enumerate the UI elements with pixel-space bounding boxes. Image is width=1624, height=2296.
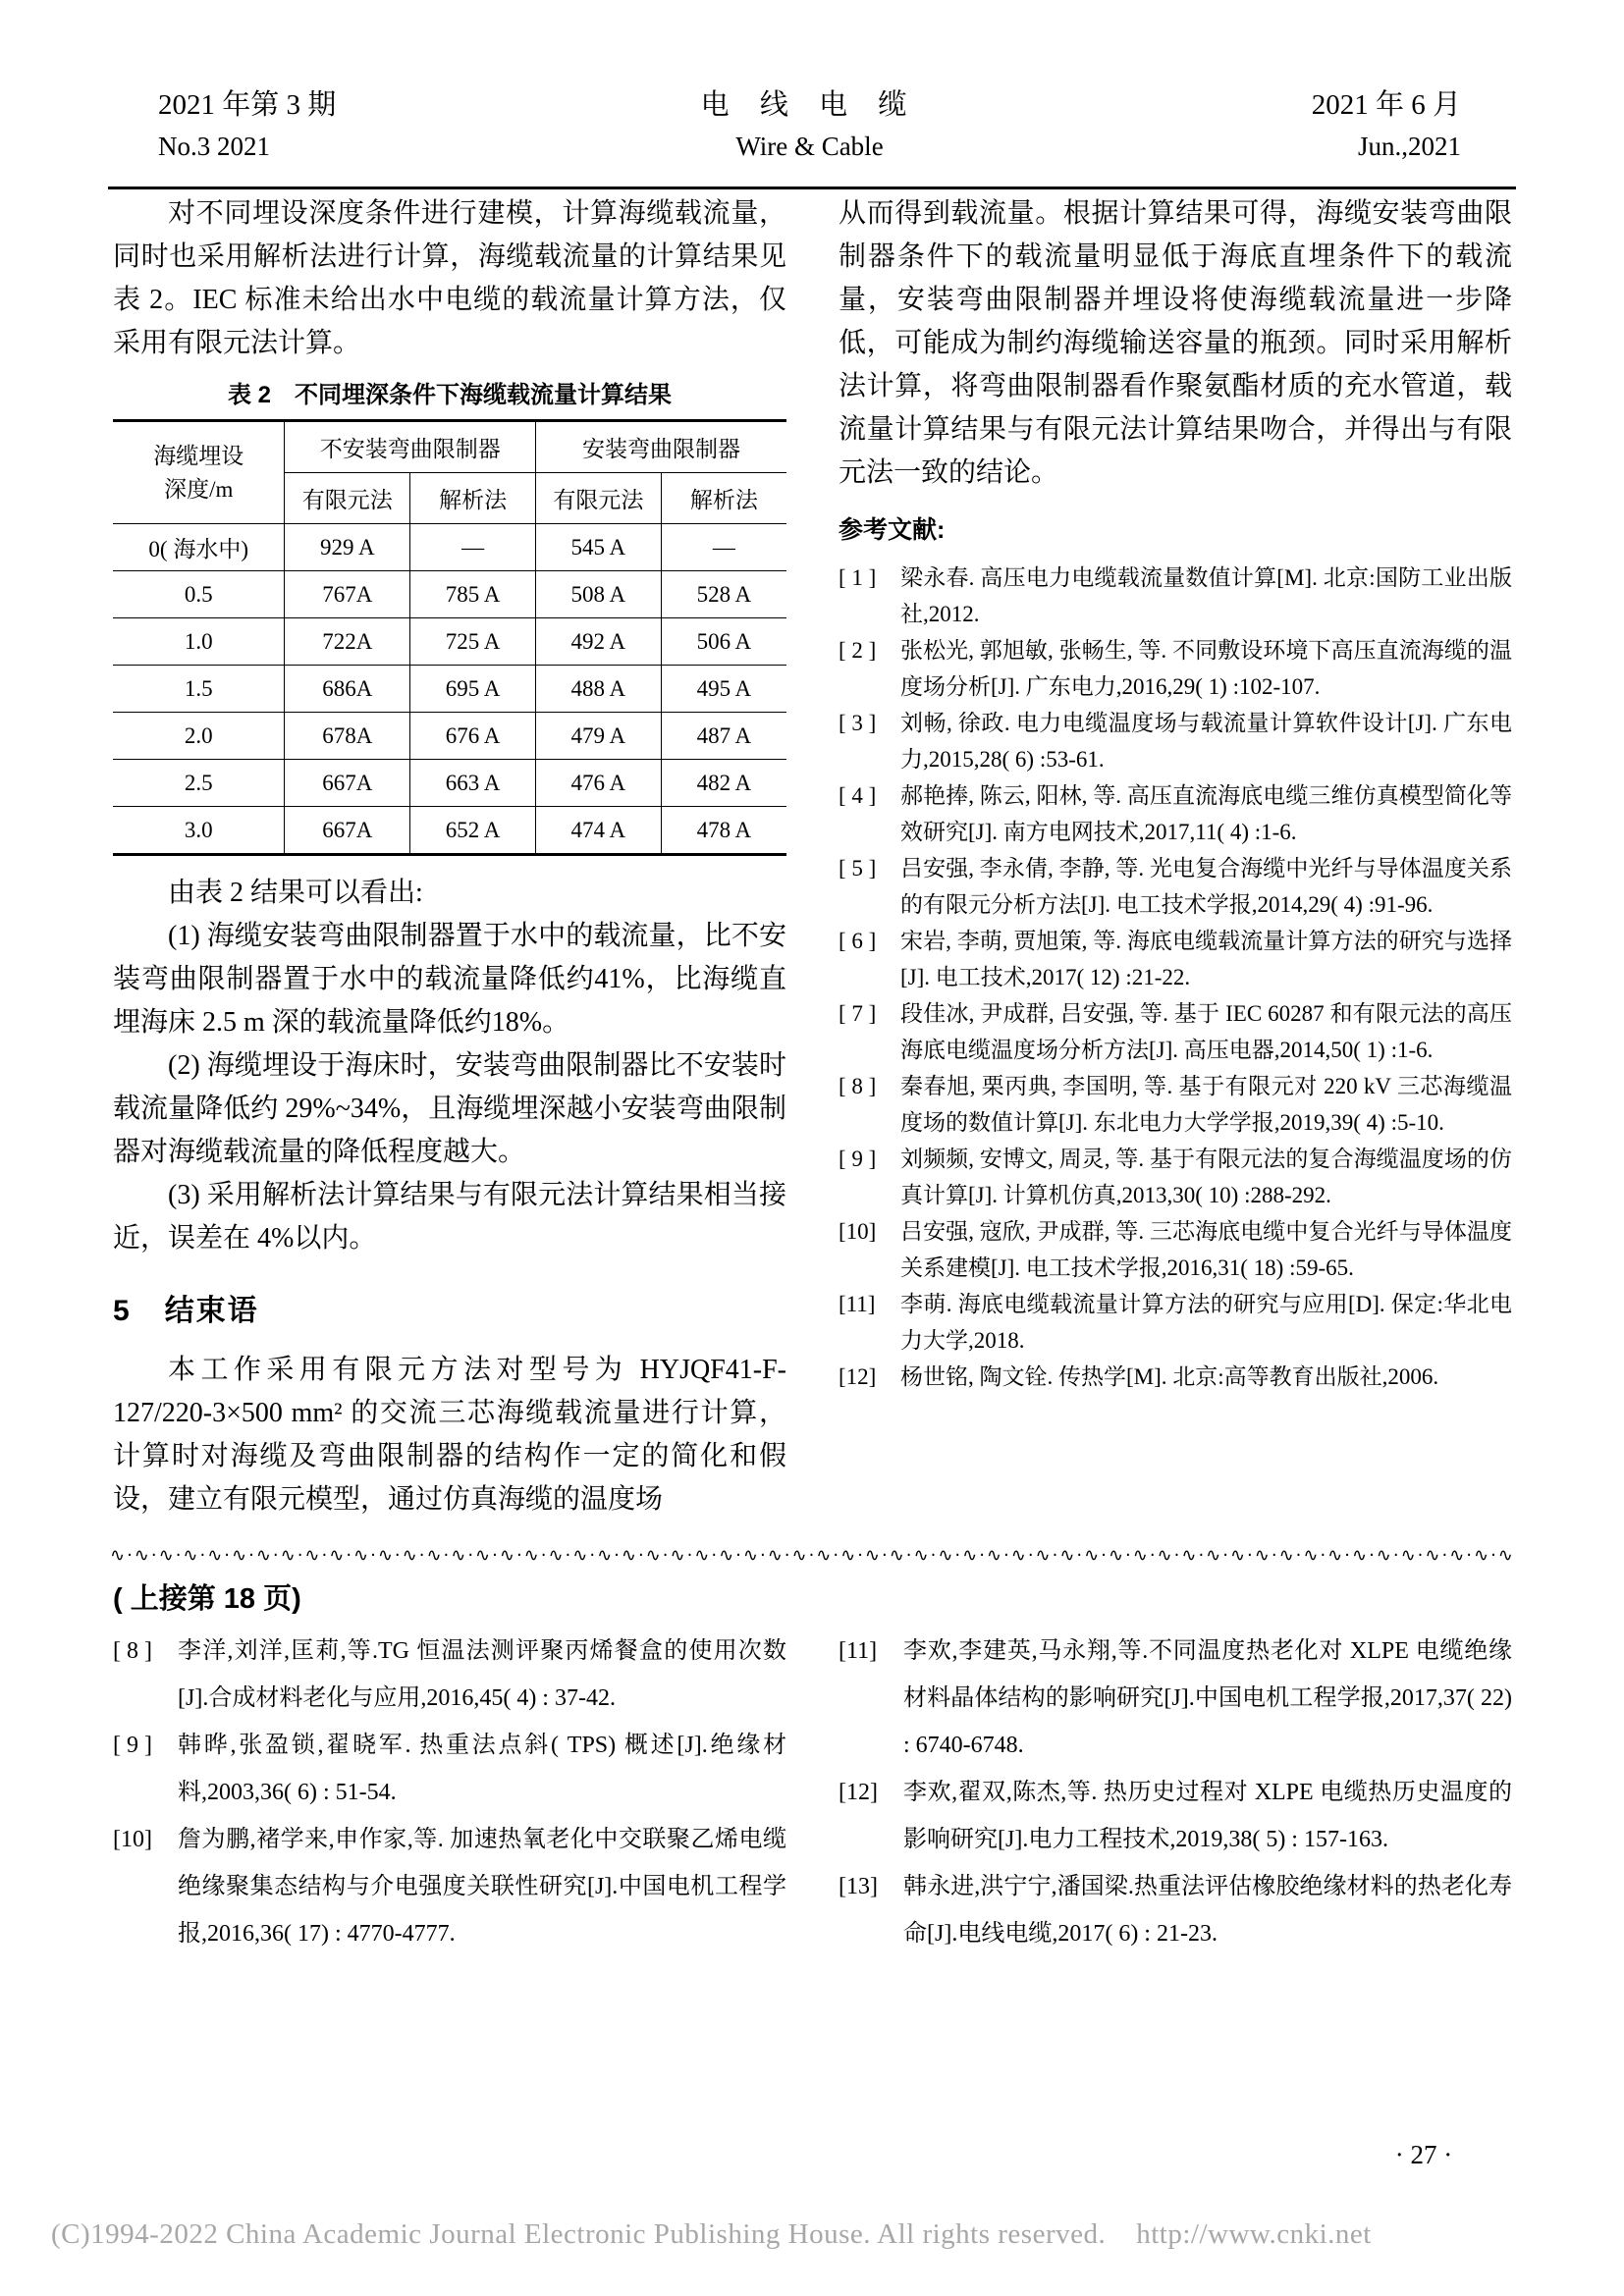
reference-text: 詹为鹏,褚学来,申作家,等. 加速热氧老化中交联聚乙烯电缆绝缘聚集态结构与介电强… (178, 1816, 786, 1957)
reference-item: [ 9 ]韩晔,张盈锁,翟晓军. 热重法点斜( TPS) 概述[J].绝缘材料,… (113, 1722, 786, 1816)
table-header-no-limiter: 不安装弯曲限制器 (285, 421, 536, 473)
reference-label: [ 6 ] (839, 923, 900, 995)
reference-label: [ 9 ] (113, 1722, 178, 1816)
table-cell: 695 A (410, 666, 536, 713)
table-cell: 3.0 (113, 807, 285, 855)
journal-title-en: Wire & Cable (592, 132, 1026, 162)
reference-label: [13] (839, 1863, 903, 1957)
section-title: 结束语 (165, 1295, 259, 1327)
reference-label: [12] (839, 1769, 903, 1863)
reference-label: [ 5 ] (839, 850, 900, 923)
issue-label-en: No.3 2021 (113, 132, 592, 162)
table-header-depth: 海缆埋设 深度/m (113, 421, 285, 524)
table-cell: — (410, 524, 536, 571)
reference-text: 梁永春. 高压电力电缆载流量数值计算[M]. 北京:国防工业出版社,2012. (900, 560, 1512, 632)
table-cell: 508 A (535, 571, 661, 618)
reference-label: [10] (839, 1213, 900, 1286)
reference-item: [13]韩永进,洪宁宁,潘国梁.热重法评估橡胶绝缘材料的热老化寿命[J].电线电… (839, 1863, 1512, 1957)
table-cell: 478 A (661, 807, 786, 855)
reference-text: 郝艳捧, 陈云, 阳林, 等. 高压直流海底电缆三维仿真模型简化等效研究[J].… (900, 777, 1512, 850)
table-cell: 725 A (410, 618, 536, 666)
table-cell: 482 A (661, 760, 786, 807)
table-cell: 0.5 (113, 571, 285, 618)
table-cell: 652 A (410, 807, 536, 855)
reference-label: [ 7 ] (839, 995, 900, 1068)
reference-item: [10]詹为鹏,褚学来,申作家,等. 加速热氧老化中交联聚乙烯电缆绝缘聚集态结构… (113, 1816, 786, 1957)
copyright-footer: (C)1994-2022 China Academic Journal Elec… (51, 2218, 1372, 2251)
reference-label: [ 8 ] (839, 1068, 900, 1141)
reference-label: [10] (113, 1816, 178, 1957)
reference-list: [11]李欢,李建英,马永翔,等.不同温度热老化对 XLPE 电缆绝缘材料晶体结… (839, 1628, 1512, 1957)
table-row: 3.0667A652 A474 A478 A (113, 807, 786, 855)
reference-text: 张松光, 郭旭敏, 张畅生, 等. 不同敷设环境下高压直流海缆的温度场分析[J]… (900, 632, 1512, 705)
page-header-cn: 2021 年第 3 期 电 线 电 缆 2021 年 6 月 (113, 82, 1512, 123)
table-cell: 667A (285, 760, 410, 807)
section-heading: 5结束语 (113, 1286, 786, 1329)
reference-text: 杨世铭, 陶文铨. 传热学[M]. 北京:高等教育出版社,2006. (900, 1359, 1512, 1395)
table-cell: 686A (285, 666, 410, 713)
table-cell: 1.5 (113, 666, 285, 713)
table-cell: 479 A (535, 713, 661, 760)
reference-text: 李洋,刘洋,匡莉,等.TG 恒温法测评聚丙烯餐盒的使用次数[J].合成材料老化与… (178, 1628, 786, 1722)
table-cell: 0( 海水中) (113, 524, 285, 571)
table-cell: 506 A (661, 618, 786, 666)
reference-text: 李欢,李建英,马永翔,等.不同温度热老化对 XLPE 电缆绝缘材料晶体结构的影响… (903, 1628, 1512, 1769)
left-column: 对不同埋设深度条件进行建模，计算海缆载流量，同时也采用解析法进行计算，海缆载流量… (113, 192, 786, 1522)
table-row: 2.5667A663 A476 A482 A (113, 760, 786, 807)
reference-text: 吕安强, 寇欣, 尹成群, 等. 三芯海底电缆中复合光纤与导体温度关系建模[J]… (900, 1213, 1512, 1286)
table-row: 0.5767A785 A508 A528 A (113, 571, 786, 618)
reference-item: [11]李欢,李建英,马永翔,等.不同温度热老化对 XLPE 电缆绝缘材料晶体结… (839, 1628, 1512, 1769)
issue-label-cn: 2021 年第 3 期 (113, 82, 592, 123)
table-cell: 476 A (535, 760, 661, 807)
table-cell: 785 A (410, 571, 536, 618)
table-cell: 678A (285, 713, 410, 760)
reference-text: 刘畅, 徐政. 电力电缆温度场与载流量计算软件设计[J]. 广东电力,2015,… (900, 705, 1512, 777)
table-row: 1.5686A695 A488 A495 A (113, 666, 786, 713)
table-cell: 767A (285, 571, 410, 618)
table-cell: 528 A (661, 571, 786, 618)
table-header-with-limiter: 安装弯曲限制器 (535, 421, 786, 473)
section-number: 5 (113, 1295, 130, 1327)
reference-item: [12]李欢,翟双,陈杰,等. 热历史过程对 XLPE 电缆热历史温度的影响研究… (839, 1769, 1512, 1863)
reference-text: 刘频频, 安博文, 周灵, 等. 基于有限元法的复合海缆温度场的仿真计算[J].… (900, 1141, 1512, 1213)
reference-label: [ 9 ] (839, 1141, 900, 1213)
reference-label: [ 1 ] (839, 560, 900, 632)
reference-text: 韩永进,洪宁宁,潘国梁.热重法评估橡胶绝缘材料的热老化寿命[J].电线电缆,20… (903, 1863, 1512, 1957)
reference-item: [11]李萌. 海底电缆载流量计算方法的研究与应用[D]. 保定:华北电力大学,… (839, 1286, 1512, 1359)
observation-item: (3) 采用解析法计算结果与有限元法计算结果相当接近，误差在 4%以内。 (113, 1174, 786, 1260)
table-cell: 929 A (285, 524, 410, 571)
reference-item: [ 6 ]宋岩, 李萌, 贾旭策, 等. 海底电缆载流量计算方法的研究与选择[J… (839, 923, 1512, 995)
reference-label: [11] (839, 1286, 900, 1359)
ampacity-table: 海缆埋设 深度/m 不安装弯曲限制器 安装弯曲限制器 有限元法 解析法 有限元法… (113, 419, 786, 856)
reference-text: 宋岩, 李萌, 贾旭策, 等. 海底电缆载流量计算方法的研究与选择[J]. 电工… (900, 923, 1512, 995)
table-subheader: 有限元法 (535, 473, 661, 524)
reference-label: [ 4 ] (839, 777, 900, 850)
table-cell: 663 A (410, 760, 536, 807)
page-header-en: No.3 2021 Wire & Cable Jun.,2021 (113, 132, 1512, 162)
table-cell: 487 A (661, 713, 786, 760)
table-cell: 474 A (535, 807, 661, 855)
reference-item: [ 9 ]刘频频, 安博文, 周灵, 等. 基于有限元法的复合海缆温度场的仿真计… (839, 1141, 1512, 1213)
reference-item: [ 2 ]张松光, 郭旭敏, 张畅生, 等. 不同敷设环境下高压直流海缆的温度场… (839, 632, 1512, 705)
reference-item: [ 8 ]秦春旭, 栗丙典, 李国明, 等. 基于有限元对 220 kV 三芯海… (839, 1068, 1512, 1141)
table-cell: 545 A (535, 524, 661, 571)
table-cell: 2.5 (113, 760, 285, 807)
reference-list: [ 8 ]李洋,刘洋,匡莉,等.TG 恒温法测评聚丙烯餐盒的使用次数[J].合成… (113, 1628, 786, 1957)
table-cell: 495 A (661, 666, 786, 713)
reference-item: [12]杨世铭, 陶文铨. 传热学[M]. 北京:高等教育出版社,2006. (839, 1359, 1512, 1395)
reference-item: [ 4 ]郝艳捧, 陈云, 阳林, 等. 高压直流海底电缆三维仿真模型简化等效研… (839, 777, 1512, 850)
table-subheader: 解析法 (410, 473, 536, 524)
reference-label: [ 2 ] (839, 632, 900, 705)
table-cell: 492 A (535, 618, 661, 666)
reference-list: [ 1 ]梁永春. 高压电力电缆载流量数值计算[M]. 北京:国防工业出版社,2… (839, 560, 1512, 1395)
right-column: 从而得到载流量。根据计算结果可得，海缆安装弯曲限制器条件下的载流量明显低于海底直… (839, 192, 1512, 1395)
table-subheader: 解析法 (661, 473, 786, 524)
table-row: 1.0722A725 A492 A506 A (113, 618, 786, 666)
table-caption: 表 2 不同埋深条件下海缆载流量计算结果 (113, 375, 786, 409)
table-subheader: 有限元法 (285, 473, 410, 524)
table-cell: 2.0 (113, 713, 285, 760)
observation-item: (1) 海缆安装弯曲限制器置于水中的载流量，比不安装弯曲限制器置于水中的载流量降… (113, 915, 786, 1044)
reference-label: [ 8 ] (113, 1628, 178, 1722)
table-cell: 488 A (535, 666, 661, 713)
reference-item: [ 5 ]吕安强, 李永倩, 李静, 等. 光电复合海缆中光纤与导体温度关系的有… (839, 850, 1512, 923)
header-rule (108, 187, 1516, 189)
reference-label: [ 3 ] (839, 705, 900, 777)
journal-title-cn: 电 线 电 缆 (592, 82, 1026, 123)
reference-label: [12] (839, 1359, 900, 1395)
observation-item: (2) 海缆埋设于海床时，安装弯曲限制器比不安装时载流量降低约 29%~34%，… (113, 1044, 786, 1174)
table-cell: — (661, 524, 786, 571)
ornamental-divider: ∿·∿·∿·∿·∿·∿·∿·∿·∿·∿·∿·∿·∿·∿·∿·∿·∿·∿·∿·∿·… (110, 1545, 1516, 1571)
reference-text: 吕安强, 李永倩, 李静, 等. 光电复合海缆中光纤与导体温度关系的有限元分析方… (900, 850, 1512, 923)
table-row: 2.0678A676 A479 A487 A (113, 713, 786, 760)
date-label-cn: 2021 年 6 月 (1027, 82, 1512, 123)
reference-text: 李欢,翟双,陈杰,等. 热历史过程对 XLPE 电缆热历史温度的影响研究[J].… (903, 1769, 1512, 1863)
continuation-note: ( 上接第 18 页) (113, 1576, 301, 1617)
reference-text: 段佳冰, 尹成群, 吕安强, 等. 基于 IEC 60287 和有限元法的高压海… (900, 995, 1512, 1068)
reference-item: [ 3 ]刘畅, 徐政. 电力电缆温度场与载流量计算软件设计[J]. 广东电力,… (839, 705, 1512, 777)
table-header-row: 海缆埋设 深度/m 不安装弯曲限制器 安装弯曲限制器 (113, 421, 786, 473)
reference-label: [11] (839, 1628, 903, 1769)
table-cell: 722A (285, 618, 410, 666)
reference-item: [ 8 ]李洋,刘洋,匡莉,等.TG 恒温法测评聚丙烯餐盒的使用次数[J].合成… (113, 1628, 786, 1722)
references-heading: 参考文献: (839, 510, 1512, 546)
page-number: · 27 · (1335, 2140, 1512, 2170)
paragraph: 对不同埋设深度条件进行建模，计算海缆载流量，同时也采用解析法进行计算，海缆载流量… (113, 192, 786, 365)
reference-text: 韩晔,张盈锁,翟晓军. 热重法点斜( TPS) 概述[J].绝缘材料,2003,… (178, 1722, 786, 1816)
date-label-en: Jun.,2021 (1027, 132, 1512, 162)
continued-refs-right: [11]李欢,李建英,马永翔,等.不同温度热老化对 XLPE 电缆绝缘材料晶体结… (839, 1628, 1512, 1957)
table-row: 0( 海水中)929 A—545 A— (113, 524, 786, 571)
reference-item: [ 1 ]梁永春. 高压电力电缆载流量数值计算[M]. 北京:国防工业出版社,2… (839, 560, 1512, 632)
reference-text: 秦春旭, 栗丙典, 李国明, 等. 基于有限元对 220 kV 三芯海缆温度场的… (900, 1068, 1512, 1141)
table-cell: 676 A (410, 713, 536, 760)
paragraph: 由表 2 结果可以看出: (113, 872, 786, 915)
table-cell: 667A (285, 807, 410, 855)
reference-item: [10]吕安强, 寇欣, 尹成群, 等. 三芯海底电缆中复合光纤与导体温度关系建… (839, 1213, 1512, 1286)
table-cell: 1.0 (113, 618, 285, 666)
reference-text: 李萌. 海底电缆载流量计算方法的研究与应用[D]. 保定:华北电力大学,2018… (900, 1286, 1512, 1359)
continued-refs-left: [ 8 ]李洋,刘洋,匡莉,等.TG 恒温法测评聚丙烯餐盒的使用次数[J].合成… (113, 1628, 786, 1957)
paragraph: 从而得到载流量。根据计算结果可得，海缆安装弯曲限制器条件下的载流量明显低于海底直… (839, 192, 1512, 495)
paragraph: 本工作采用有限元方法对型号为 HYJQF41-F-127/220-3×500 m… (113, 1349, 786, 1522)
journal-page: 2021 年第 3 期 电 线 电 缆 2021 年 6 月 No.3 2021… (0, 0, 1624, 2296)
reference-item: [ 7 ]段佳冰, 尹成群, 吕安强, 等. 基于 IEC 60287 和有限元… (839, 995, 1512, 1068)
